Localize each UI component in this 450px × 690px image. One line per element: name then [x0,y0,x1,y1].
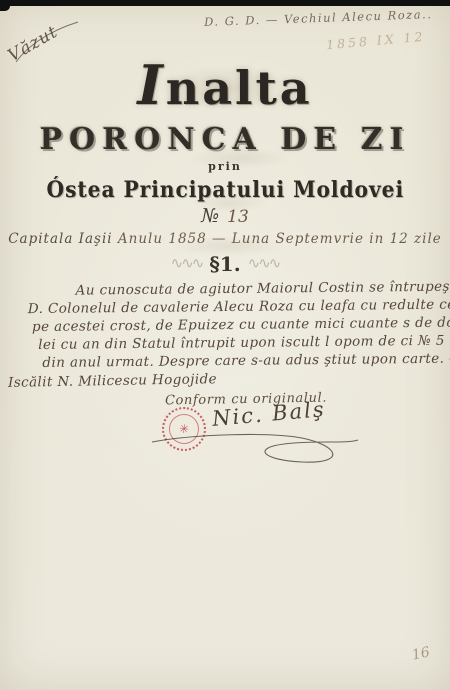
section-flourish-left: ∿∿∿ [171,254,203,272]
issuer-line: Óstea Principatului Moldovei [0,177,450,203]
place-printed: Capitala Iaşii [8,231,112,247]
doc-number-symbol: № [201,205,219,227]
issuer-text: Óstea Principatului Moldovei [46,177,404,203]
document-title: Inalta [0,56,450,116]
masthead: Inalta PORONCA DE ZI prin Óstea Principa… [0,56,450,276]
prin-label: prin [0,160,450,173]
section-heading: ∿∿∿ §1. ∿∿∿ [0,252,450,276]
official-stamp: ✳ [159,404,209,454]
pencil-date-note: 1858 IX 12 [326,29,426,53]
order-title: PORONCA DE ZI [0,122,450,157]
top-right-ink-note: D. G. D. — Vechiul Alecu Roza.. [203,7,432,29]
doc-number-value: 13 [227,207,249,227]
date-handwritten: Anulu 1858 — Luna Septemvrie in 12 zile [118,231,442,247]
section-mark: §1. [209,252,240,276]
section-flourish-right: ∿∿∿ [248,254,280,272]
place-date-line: Capitala Iaşii Anulu 1858 — Luna Septemv… [0,231,450,247]
stamp-star-icon: ✳ [178,422,190,435]
doc-number: №13 [0,205,450,227]
scanned-document-page: Văzut D. G. D. — Vechiul Alecu Roza.. 18… [0,0,450,690]
scan-edge [0,0,450,6]
body-line: din anul urmat. Despre care s-au adus şt… [42,350,428,372]
signed-line: Iscălit N. Milicescu Hogojide [8,371,217,391]
body-text: Au cunoscuta de agiutor Maiorul Costin s… [28,278,429,372]
page-number: 16 [411,644,432,663]
